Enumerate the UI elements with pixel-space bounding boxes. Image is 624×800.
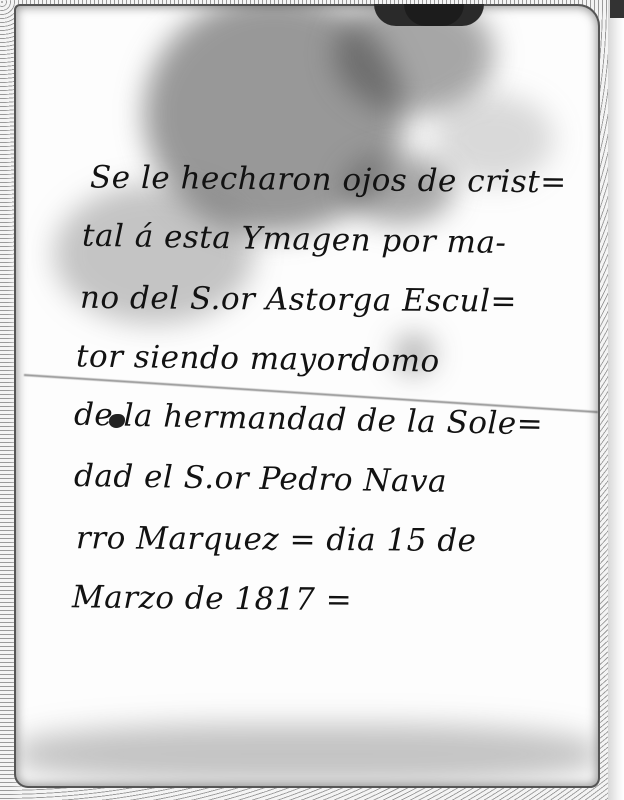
text-line-date: Marzo de 1817 =: [72, 567, 593, 632]
text-line: tal á esta Ymagen por ma-: [72, 205, 593, 274]
text-line: rro Marquez = dia 15 de: [72, 508, 592, 572]
stain-bottom-edge: [14, 724, 600, 784]
text-line: de la hermandad de la Sole=: [71, 385, 592, 456]
scanner-edge-dark-corner: [610, 0, 624, 18]
scanner-edge: [608, 0, 624, 800]
handwritten-text: Se le hecharon ojos de crist= tal á esta…: [72, 150, 592, 630]
text-line: tor siendo mayordomo: [72, 326, 593, 393]
text-line: Se le hecharon ojos de crist=: [72, 147, 593, 212]
text-line: dad el S.or Pedro Nava: [72, 446, 593, 514]
text-line: no del S.or Astorga Escul=: [72, 268, 593, 333]
